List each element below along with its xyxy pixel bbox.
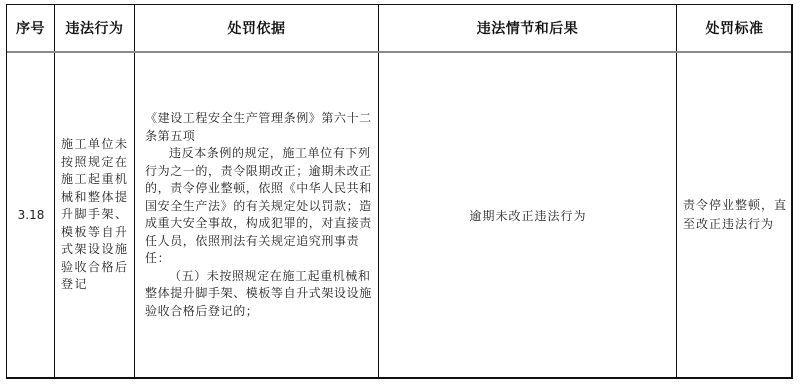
table-row-circumstances: 逾期未改正违法行为	[379, 53, 677, 377]
table-row-violation: 施工单位未按照规定在施工起重机械和整体提升脚手架、模板等自升式架设设施验收合格后…	[55, 53, 135, 377]
table-row-serial-no: 3.18	[7, 53, 55, 377]
basis-paragraph: 违反本条例的规定，施工单位有下列行为之一的，责令限期改正；逾期未改正的，责令停业…	[145, 145, 373, 268]
standard-text: 责令停业整顿，直至改正违法行为	[683, 196, 790, 234]
circumstance-text: 逾期未改正违法行为	[469, 207, 586, 224]
header-penalty-basis: 处罚依据	[135, 5, 378, 51]
basis-item: （五）未按照规定在施工起重机械和整体提升脚手架、模板等自升式架设设施验收合格后登…	[145, 268, 373, 321]
header-violation: 违法行为	[55, 5, 134, 51]
table-row-penalty-basis: 《建设工程安全生产管理条例》第六十二条第五项 违反本条例的规定，施工单位有下列行…	[135, 53, 379, 377]
header-circumstances: 违法情节和后果	[379, 5, 676, 51]
serial-no: 3.18	[18, 208, 45, 222]
header-serial-no: 序号	[7, 5, 54, 51]
basis-title: 《建设工程安全生产管理条例》第六十二条第五项	[145, 110, 373, 145]
header-penalty-standard: 处罚标准	[677, 5, 792, 51]
table-row-penalty-standard: 责令停业整顿，直至改正违法行为	[677, 53, 794, 377]
violation-text: 施工单位未按照规定在施工起重机械和整体提升脚手架、模板等自升式架设设施验收合格后…	[61, 136, 129, 294]
penalty-table: 序号 违法行为 处罚依据 违法情节和后果 处罚标准 3.18 施工单位未按照规定…	[6, 4, 793, 379]
